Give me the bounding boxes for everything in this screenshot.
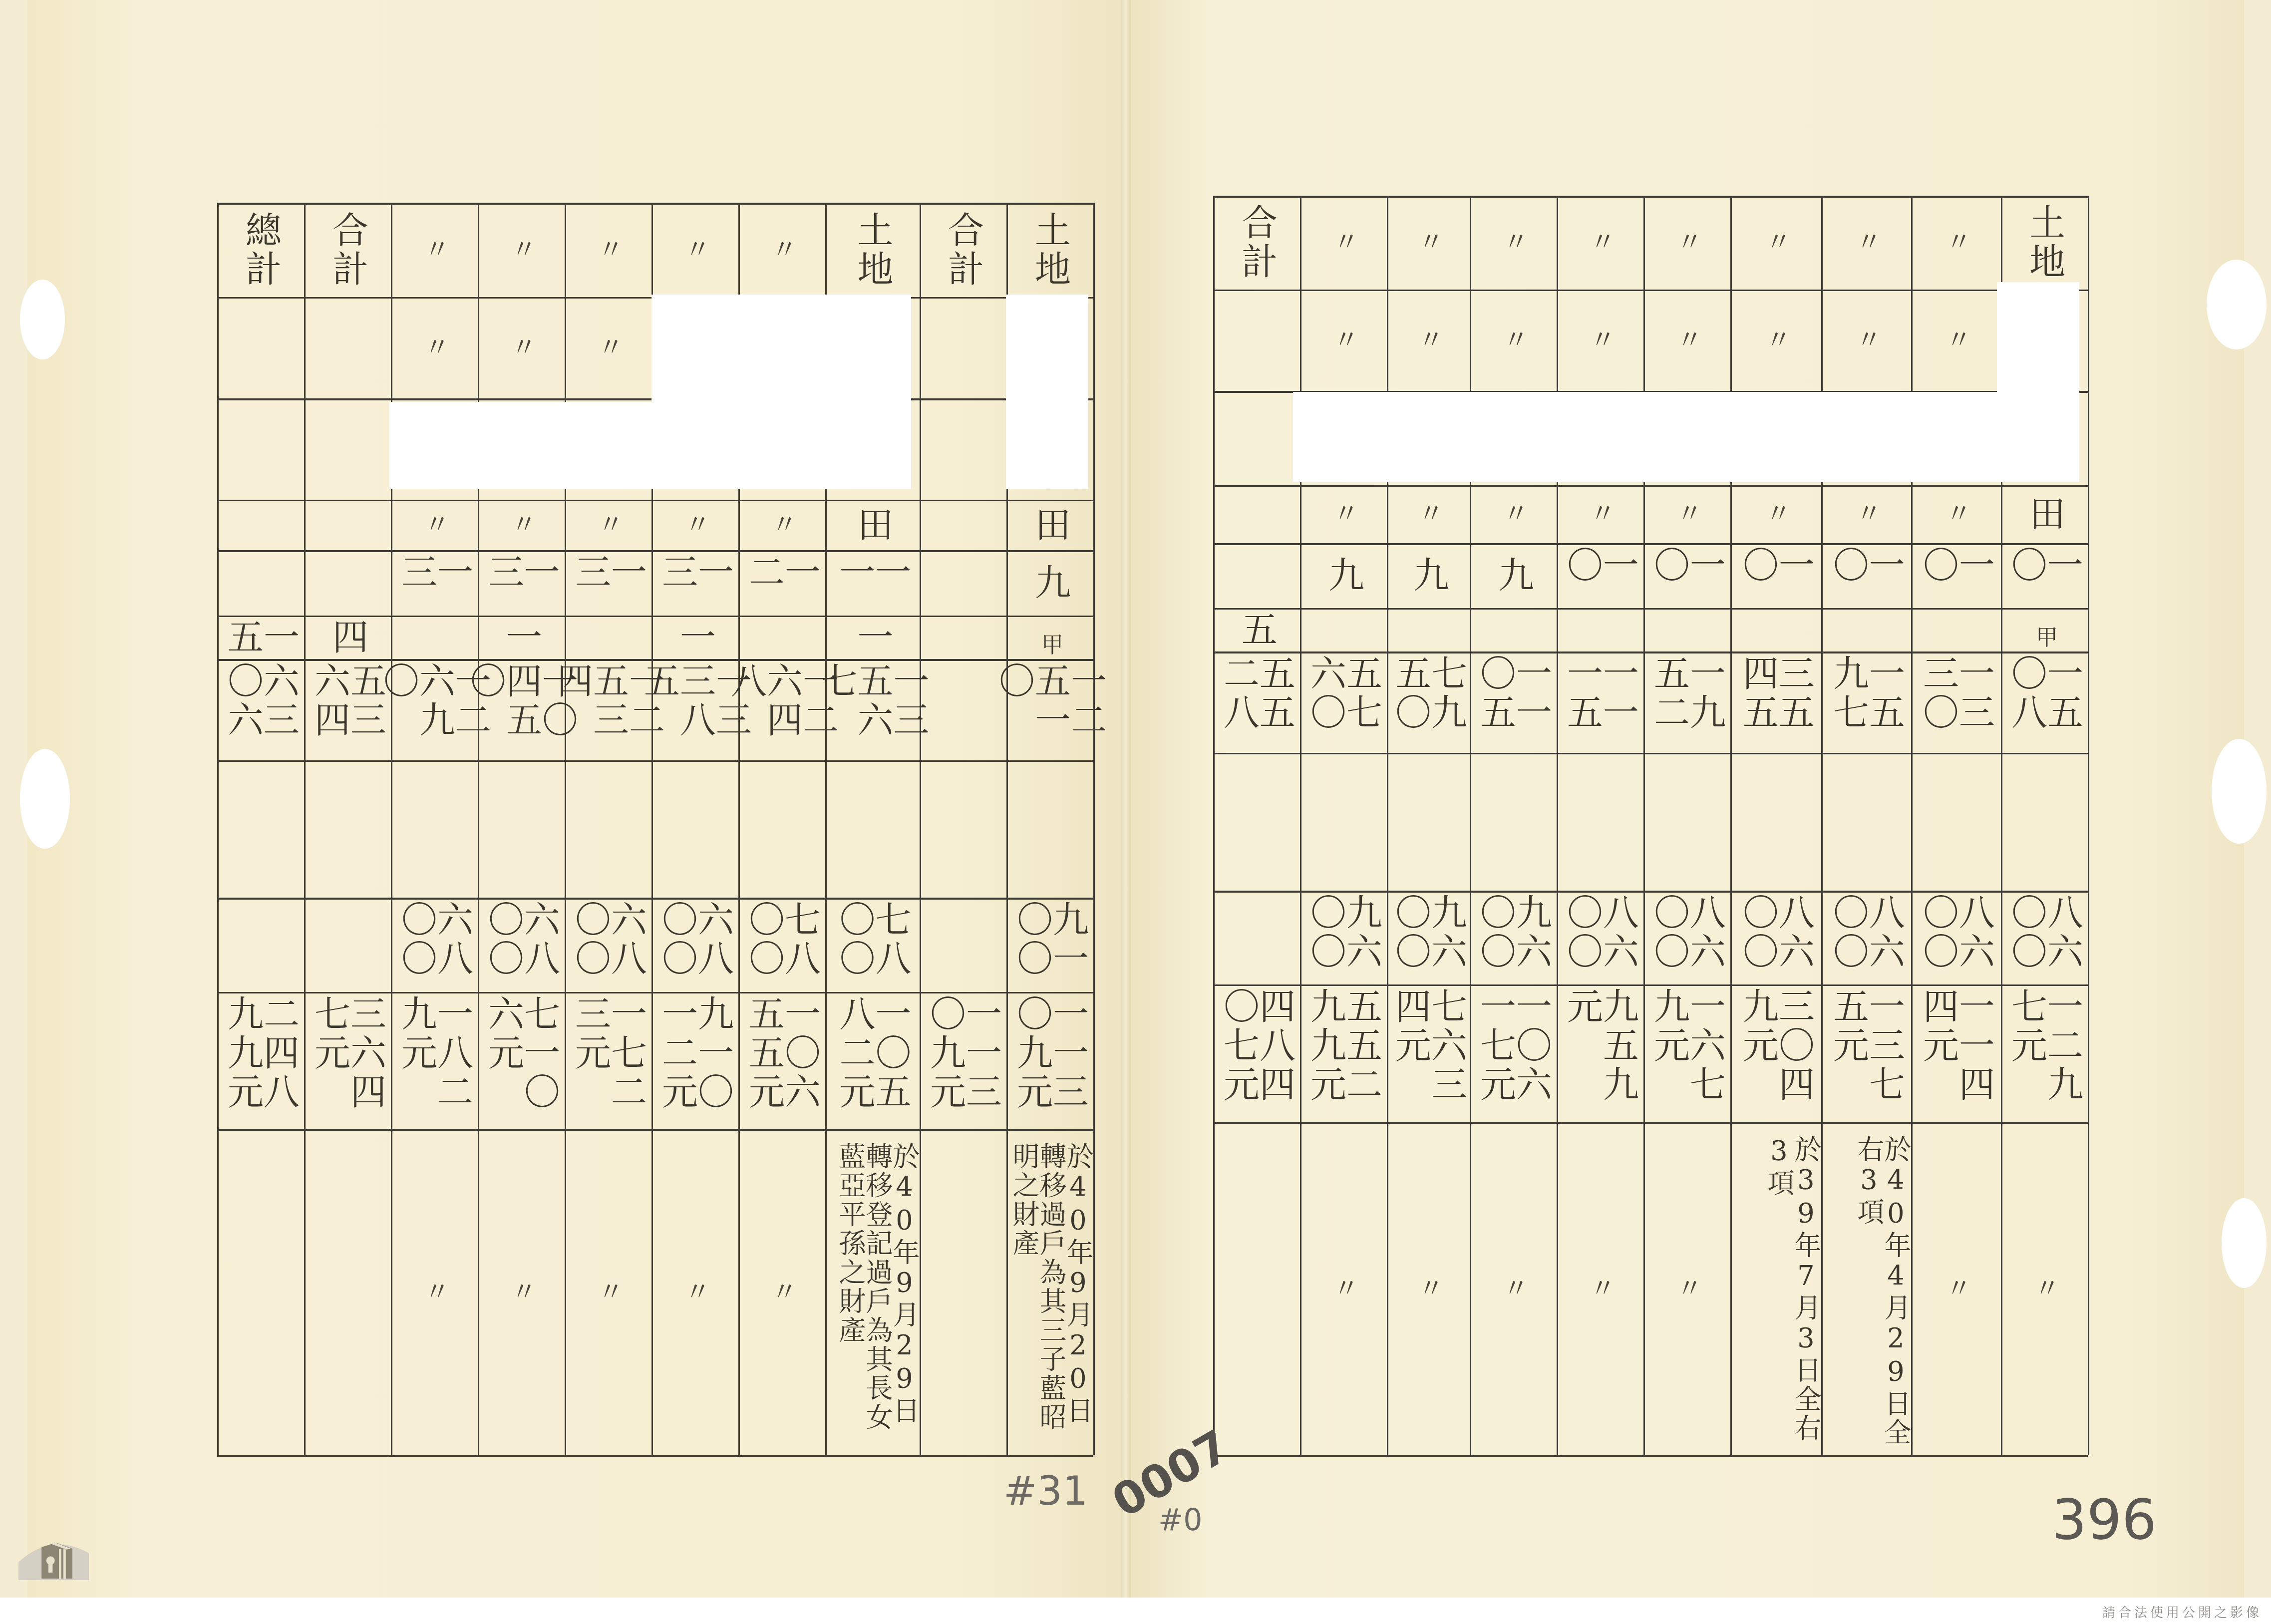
cell-header: 〃	[1732, 199, 1819, 287]
archive-book-keyhole-icon	[9, 1520, 94, 1580]
cell-land-type: 〃	[1732, 488, 1819, 540]
cell-land-type: 田	[2003, 488, 2086, 540]
right-register-table: 土地田一〇甲一五〇八八六〇〇一二九七元〃〃〃〃一〇一三三〇八六〇〇一一四四元〃〃…	[0, 0, 2271, 1624]
grid-horizontal-line	[1213, 1122, 2088, 1124]
grid-vertical-line	[1643, 196, 1645, 1455]
cell-lot-no: 一〇	[1559, 546, 1641, 605]
grid-horizontal-line	[1213, 891, 2088, 893]
cell-unit-value: 九六〇〇	[1389, 894, 1468, 981]
cell-category: 〃	[1732, 293, 1819, 388]
cell-assessed-value: 五五二九九元	[1302, 987, 1385, 1119]
cell-remark: 〃	[2003, 1125, 2086, 1452]
cell-header: 〃	[1472, 199, 1555, 287]
cell-category: 〃	[1302, 293, 1385, 388]
pencil-note-center: #0	[1158, 1503, 1202, 1538]
grid-horizontal-line	[1213, 753, 2088, 754]
cell-header: 〃	[1913, 199, 1999, 287]
cell-unit-value: 九六〇〇	[1302, 894, 1385, 981]
cell-unit-value: 八六〇〇	[1913, 894, 1999, 981]
cell-header: 〃	[1823, 199, 1909, 287]
cell-assessed-value: 一二九七元	[2003, 987, 2086, 1119]
grid-vertical-line	[1557, 196, 1558, 1455]
cell-land-type: 〃	[1302, 488, 1385, 540]
cell-area: 一九五二	[1645, 654, 1728, 750]
grid-horizontal-line	[1213, 608, 2088, 610]
cell-category: 〃	[1559, 293, 1641, 388]
cell-area: 一五〇八	[2003, 654, 2086, 750]
cell-header: 〃	[1389, 199, 1468, 287]
cell-remark: 〃	[1472, 1125, 1555, 1452]
cell-remark: 〃	[1302, 1125, 1385, 1452]
cell-land-type: 〃	[1913, 488, 1999, 540]
grid-vertical-line	[1213, 196, 1215, 1455]
pencil-note-left: #31	[1003, 1468, 1088, 1514]
cell-remark: 於40年4月29日全右3項	[1823, 1125, 1909, 1452]
cell-land-type: 〃	[1645, 488, 1728, 540]
cell-unit-value: 八六〇〇	[1823, 894, 1909, 981]
grid-horizontal-line	[1213, 651, 2088, 653]
cell-lot-no: 一〇	[1732, 546, 1819, 605]
redaction-block	[1006, 295, 1088, 489]
cell-assessed-value: 一三七五元	[1823, 987, 1909, 1119]
page-number: 396	[2052, 1488, 2157, 1552]
cell-header: 〃	[1645, 199, 1728, 287]
cell-unit-value: 八六〇〇	[1559, 894, 1641, 981]
grid-vertical-line	[2088, 196, 2089, 1455]
cell-category: 〃	[1472, 293, 1555, 388]
cell-lot-no: 一〇	[1913, 546, 1999, 605]
cell-assessed-value: 一一四四元	[1913, 987, 1999, 1119]
cell-assessed-value: 一〇六一七元	[1472, 987, 1555, 1119]
grid-vertical-line	[1730, 196, 1732, 1455]
cell-lot-no: 一〇	[1823, 546, 1909, 605]
cell-remark: 〃	[1389, 1125, 1468, 1452]
cell-category: 〃	[1389, 293, 1468, 388]
cell-unit-value: 八六〇〇	[2003, 894, 2086, 981]
cell-category: 〃	[1913, 293, 1999, 388]
cell-assessed-value: 四八四〇七元	[1215, 987, 1298, 1119]
grid-horizontal-line	[1213, 485, 2088, 487]
grid-horizontal-line	[1213, 1455, 2088, 1457]
grid-horizontal-line	[1213, 984, 2088, 986]
cell-land-type: 〃	[1559, 488, 1641, 540]
cell-lot-no: 一〇	[2003, 546, 2086, 605]
cell-unit-value: 九六〇〇	[1472, 894, 1555, 981]
cell-assessed-value: 三〇四九元	[1732, 987, 1819, 1119]
cell-area: 七九五〇	[1389, 654, 1468, 750]
cell-header: 〃	[1302, 199, 1385, 287]
redaction-block	[1293, 392, 2079, 482]
cell-assessed-value: 一六七九元	[1645, 987, 1728, 1119]
cell-category: 〃	[1645, 293, 1728, 388]
cell-area: 五五二八	[1215, 654, 1298, 750]
grid-vertical-line	[1470, 196, 1471, 1455]
cell-lot-no: 九	[1302, 546, 1385, 605]
grid-vertical-line	[1300, 196, 1301, 1455]
grid-vertical-line	[1387, 196, 1388, 1455]
cell-header: 〃	[1559, 199, 1641, 287]
cell-remark: 於39年7月3日全右3項	[1732, 1125, 1819, 1452]
cell-grade-mark: 五	[1215, 611, 1298, 649]
cell-land-type: 〃	[1472, 488, 1555, 540]
cell-header: 土地	[2003, 199, 2086, 287]
cell-unit-value: 八六〇〇	[1645, 894, 1728, 981]
cell-area: 五七六〇	[1302, 654, 1385, 750]
cell-area: 一五九七	[1823, 654, 1909, 750]
cell-grade-mark: 甲	[2003, 611, 2086, 649]
redaction-block	[389, 402, 911, 489]
grid-horizontal-line	[1213, 543, 2088, 545]
grid-horizontal-line	[1213, 196, 2088, 198]
cell-lot-no: 一〇	[1645, 546, 1728, 605]
cell-land-type: 〃	[1823, 488, 1909, 540]
cell-area: 一一一五	[1559, 654, 1641, 750]
cell-unit-value: 八六〇〇	[1732, 894, 1819, 981]
cell-header: 合計	[1215, 199, 1298, 287]
cell-category: 〃	[1823, 293, 1909, 388]
cell-area: 一一〇五	[1472, 654, 1555, 750]
watermark-text: 請合法使用公開之影像	[2102, 1603, 2262, 1621]
cell-area: 一三三〇	[1913, 654, 1999, 750]
cell-assessed-value: 七六三四元	[1389, 987, 1468, 1119]
cell-assessed-value: 九五九元	[1559, 987, 1641, 1119]
cell-remark: 〃	[1559, 1125, 1641, 1452]
cell-remark: 〃	[1913, 1125, 1999, 1452]
cell-remark: 〃	[1645, 1125, 1728, 1452]
cell-lot-no: 九	[1389, 546, 1468, 605]
cell-lot-no: 九	[1472, 546, 1555, 605]
grid-horizontal-line	[1213, 290, 2088, 291]
cell-area: 三五四五	[1732, 654, 1819, 750]
cell-land-type: 〃	[1389, 488, 1468, 540]
